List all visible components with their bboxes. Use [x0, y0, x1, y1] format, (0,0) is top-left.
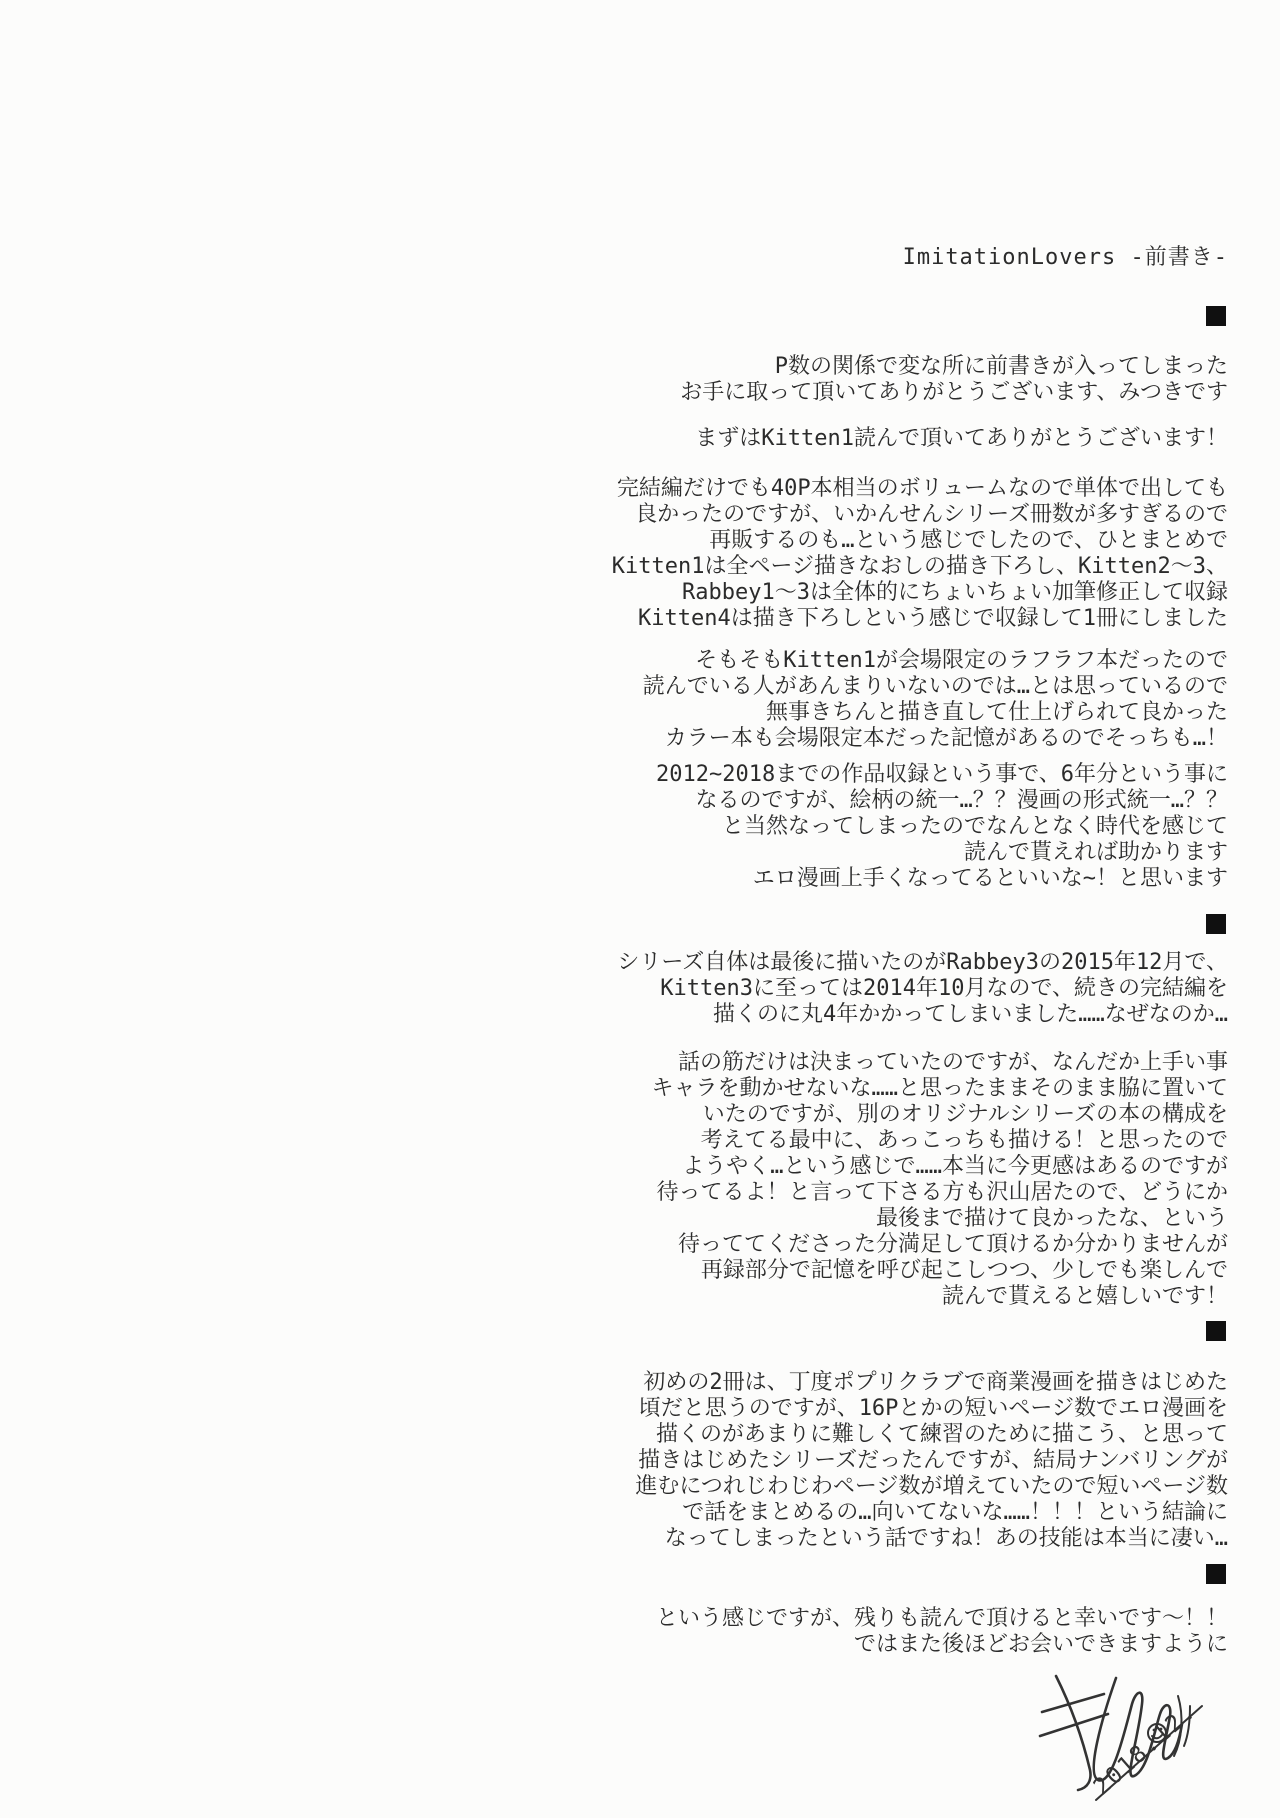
paragraph-venue: そもそもKitten1が会場限定のラフラフ本だったので読んでいる人があんまりいな… [308, 648, 1228, 752]
text-line: という感じですが、残りも読んで頂けると幸いです～！！ [308, 1606, 1228, 1632]
text-line: キャラを動かせないな……と思ったままそのまま脇に置いて [308, 1076, 1228, 1102]
text-line: いたのですが、別のオリジナルシリーズの本の構成を [308, 1102, 1228, 1128]
text-line: 待ってるよ！と言って下さる方も沢山居たので、どうにか [308, 1180, 1228, 1206]
paragraph-thanks: まずはKitten1読んで頂いてありがとうございます！ [308, 426, 1228, 452]
paragraph-timeline: シリーズ自体は最後に描いたのがRabbey3の2015年12月で、Kitten3… [308, 950, 1228, 1028]
text-line: エロ漫画上手くなってるといいな~！と思います [308, 866, 1228, 892]
paragraph-volume: 完結編だけでも40P本相当のボリュームなので単体で出しても良かったのですが、いか… [308, 476, 1228, 632]
section-divider-square [1206, 914, 1226, 934]
text-line: 最後まで描けて良かったな、という [308, 1206, 1228, 1232]
text-line: 良かったのですが、いかんせんシリーズ冊数が多すぎるので [308, 502, 1228, 528]
paragraph-process: 話の筋だけは決まっていたのですが、なんだか上手い事キャラを動かせないな……と思っ… [308, 1050, 1228, 1310]
text-line: なってしまったという話ですね！あの技能は本当に凄い… [308, 1526, 1228, 1552]
text-line: 待っててくださった分満足して頂けるか分かりませんが [308, 1232, 1228, 1258]
text-line: 頃だと思うのですが、16Pとかの短いページ数でエロ漫画を [308, 1396, 1228, 1422]
text-line: Kitten1は全ページ描きなおしの描き下ろし、Kitten2～3、 [308, 554, 1228, 580]
text-line: で話をまとめるの…向いてないな……！！！という結論に [308, 1500, 1228, 1526]
paragraph-period: 2012~2018までの作品収録という事で、6年分という事になるのですが、絵柄の… [308, 762, 1228, 892]
paragraph-origin: 初めの2冊は、丁度ポプリクラブで商業漫画を描きはじめた頃だと思うのですが、16P… [308, 1370, 1228, 1552]
text-line: 描くのがあまりに難しくて練習のために描こう、と思って [308, 1422, 1228, 1448]
paragraph-intro: P数の関係で変な所に前書きが入ってしまったお手に取って頂いてありがとうございます… [308, 354, 1228, 406]
text-line: 描くのに丸4年かかってしまいました……なぜなのか… [308, 1002, 1228, 1028]
text-line: 再販するのも…という感じでしたので、ひとまとめで [308, 528, 1228, 554]
text-line: 話の筋だけは決まっていたのですが、なんだか上手い事 [308, 1050, 1228, 1076]
text-line: 考えてる最中に、あっこっちも描ける！と思ったので [308, 1128, 1228, 1154]
text-line: Kitten4は描き下ろしという感じで収録して1冊にしました [308, 606, 1228, 632]
text-line: お手に取って頂いてありがとうございます、みつきです [308, 380, 1228, 406]
text-line: ようやく…という感じで……本当に今更感はあるのですが [308, 1154, 1228, 1180]
text-line: そもそもKitten1が会場限定のラフラフ本だったので [308, 648, 1228, 674]
text-line: 読んでいる人があんまりいないのでは…とは思っているので [308, 674, 1228, 700]
text-line: 無事きちんと描き直して仕上げられて良かった [308, 700, 1228, 726]
text-line: シリーズ自体は最後に描いたのがRabbey3の2015年12月で、 [308, 950, 1228, 976]
text-line: Kitten3に至っては2014年10月なので、続きの完結編を [308, 976, 1228, 1002]
text-line: カラー本も会場限定本だった記憶があるのでそっちも…！ [308, 726, 1228, 752]
section-divider-square [1206, 1321, 1226, 1341]
text-line: と当然なってしまったのでなんとなく時代を感じて [308, 814, 1228, 840]
text-line: 読んで貰えれば助かります [308, 840, 1228, 866]
text-line: まずはKitten1読んで頂いてありがとうございます！ [308, 426, 1228, 452]
text-line: 完結編だけでも40P本相当のボリュームなので単体で出しても [308, 476, 1228, 502]
handwritten-signature: 2018.12. [978, 1648, 1238, 1816]
text-line: 進むにつれじわじわページ数が増えていたので短いページ数 [308, 1474, 1228, 1500]
text-line: 描きはじめたシリーズだったんですが、結局ナンバリングが [308, 1448, 1228, 1474]
foreword-text-block: ImitationLovers -前書き- P数の関係で変な所に前書きが入ってし… [308, 0, 1228, 1658]
text-line: 初めの2冊は、丁度ポプリクラブで商業漫画を描きはじめた [308, 1370, 1228, 1396]
section-divider-square [1206, 1564, 1226, 1584]
text-line: 2012~2018までの作品収録という事で、6年分という事に [308, 762, 1228, 788]
page-title: ImitationLovers -前書き- [308, 244, 1228, 272]
text-line: 読んで貰えると嬉しいです！ [308, 1284, 1228, 1310]
text-line: P数の関係で変な所に前書きが入ってしまった [308, 354, 1228, 380]
text-line: 再録部分で記憶を呼び起こしつつ、少しでも楽しんで [308, 1258, 1228, 1284]
text-line: Rabbey1～3は全体的にちょいちょい加筆修正して収録 [308, 580, 1228, 606]
text-line: なるのですが、絵柄の統一…？？漫画の形式統一…？？ [308, 788, 1228, 814]
scanned-page: ImitationLovers -前書き- P数の関係で変な所に前書きが入ってし… [0, 0, 1280, 1818]
section-divider-square [1206, 306, 1226, 326]
